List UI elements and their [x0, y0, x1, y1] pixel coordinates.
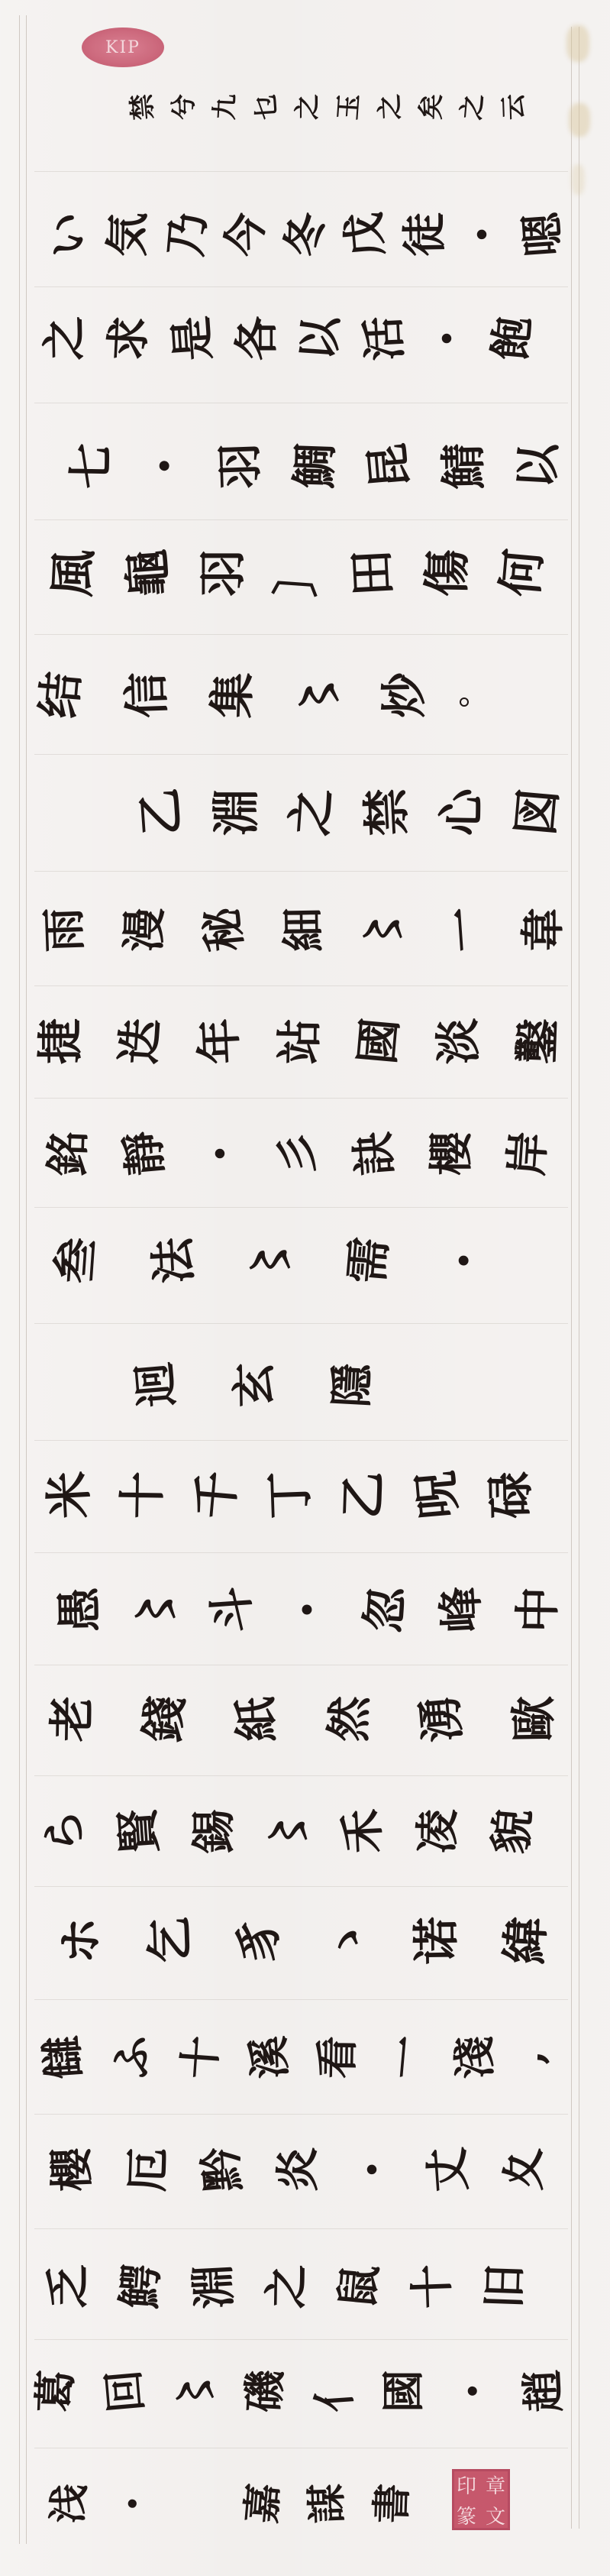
oval-seal: KIP: [82, 28, 164, 67]
calligraphy-glyph: 隱: [329, 1362, 376, 1409]
ruled-line: [34, 2339, 568, 2340]
calligraphy-glyph: 乏: [46, 2264, 90, 2309]
calligraphy-glyph: 乜: [253, 93, 280, 121]
seal-glyphs: KIP: [105, 38, 140, 57]
calligraphy-glyph: ホ: [55, 1914, 106, 1966]
right-border-line-outer: [579, 27, 579, 2529]
calligraphy-glyph: 之: [42, 316, 87, 361]
calligraphy-glyph: 看: [316, 2036, 360, 2079]
calligraphy-glyph: 龜: [123, 548, 173, 598]
calligraphy-glyph: ゝ: [322, 1914, 373, 1966]
calligraphy-glyph: 賢: [115, 1807, 163, 1855]
calligraphy-glyph: 需: [344, 1235, 393, 1285]
calligraphy-glyph: 忽: [361, 1585, 410, 1634]
calligraphy-glyph: 〕: [273, 548, 323, 598]
calligraphy-glyph: ・: [199, 1131, 244, 1176]
calligraphy-glyph: 禁: [129, 93, 157, 121]
ruled-line: [34, 403, 568, 403]
calligraphy-glyph: 活: [361, 316, 408, 362]
calligraphy-glyph: 以: [296, 315, 344, 362]
left-border-line-outer: [19, 15, 20, 2544]
calligraphy-glyph: 書: [372, 2483, 413, 2524]
calligraphy-glyph: 各: [234, 316, 279, 361]
calligraphy-glyph: 櫻: [49, 2147, 95, 2193]
calligraphy-glyph: 〻: [174, 2370, 218, 2413]
calligraphy-glyph: 呪: [412, 1469, 463, 1520]
calligraphy-glyph: 昆: [364, 441, 414, 490]
calligraphy-glyph: 捷: [38, 1018, 84, 1064]
calligraphy-glyph: 韋: [521, 908, 565, 952]
seal-glyph: 印: [452, 2471, 481, 2499]
calligraphy-glyph: 謀: [307, 2483, 348, 2524]
calligraphy-glyph: 诺: [412, 1916, 460, 1964]
end-of-sentence-mark: [460, 697, 469, 707]
calligraphy-glyph: 〻: [247, 1237, 294, 1283]
calligraphy-glyph: 之: [376, 93, 404, 121]
calligraphy-glyph: 炎: [276, 2147, 321, 2192]
calligraphy-glyph: 雨: [41, 907, 87, 953]
ruled-line: [34, 1323, 568, 1324]
calligraphy-glyph: ・: [451, 2368, 497, 2414]
calligraphy-glyph: 銘: [45, 1131, 91, 1176]
calligraphy-glyph: 愚: [56, 1586, 103, 1633]
seal-glyph: 章: [481, 2471, 510, 2499]
calligraphy-glyph: 乙: [339, 1471, 388, 1519]
calligraphy-glyph: ・: [114, 2483, 156, 2525]
ruled-line: [34, 171, 568, 172]
calligraphy-glyph: 之: [459, 93, 487, 121]
calligraphy-glyph: 然: [326, 1695, 373, 1743]
calligraphy-glyph: 九: [211, 93, 239, 121]
ruled-line: [34, 2228, 568, 2229]
calligraphy-glyph: 〻: [265, 1807, 312, 1855]
calligraphy-glyph: 乞: [146, 1916, 195, 1965]
paper-stain: [571, 164, 585, 195]
paper-stain: [569, 103, 590, 137]
calligraphy-glyph: 十: [178, 2034, 224, 2080]
calligraphy-glyph: 鼠: [335, 2263, 383, 2311]
calligraphy-glyph: 風: [48, 548, 98, 597]
calligraphy-glyph: 緯: [501, 1915, 550, 1965]
calligraphy-glyph: 夊: [502, 2147, 546, 2192]
calligraphy-glyph: 兮: [171, 94, 198, 121]
calligraphy-glyph: 禾: [340, 1808, 386, 1855]
calligraphy-glyph: 嗯: [519, 211, 566, 258]
ruled-line: [34, 2448, 568, 2448]
calligraphy-glyph: 米: [44, 1470, 94, 1519]
calligraphy-glyph: 豸: [234, 1916, 283, 1965]
calligraphy-glyph: 一: [383, 2034, 430, 2081]
calligraphy-glyph: 徒: [402, 212, 447, 257]
calligraphy-glyph: 細: [282, 907, 327, 952]
calligraphy-glyph: 之: [286, 787, 337, 837]
calligraphy-glyph: 傷: [423, 549, 471, 597]
calligraphy-glyph: 凌: [415, 1808, 460, 1853]
ruled-line: [34, 1440, 568, 1441]
ruled-line: [34, 1552, 568, 1553]
calligraphy-glyph: 讎: [40, 2034, 86, 2080]
calligraphy-glyph: 鯖: [441, 442, 487, 489]
ruled-line: [34, 2114, 568, 2115]
calligraphy-glyph: 求: [105, 316, 152, 362]
calligraphy-glyph: 浅: [48, 2482, 91, 2525]
calligraphy-glyph: 站: [276, 1018, 323, 1064]
calligraphy-glyph: 淵: [191, 2264, 237, 2310]
calligraphy-glyph: 貌: [489, 1807, 537, 1856]
calligraphy-glyph: 千: [191, 1469, 242, 1520]
calligraphy-glyph: 厄: [124, 2147, 170, 2193]
calligraphy-glyph: 迥: [132, 1361, 180, 1409]
calligraphy-glyph: 羽: [199, 549, 247, 597]
square-seal: 印 章 篆 文: [452, 2469, 510, 2530]
calligraphy-glyph: 老: [49, 1695, 95, 1742]
ruled-line: [34, 1098, 568, 1099]
ruled-line: [34, 871, 568, 872]
calligraphy-glyph: 是: [169, 315, 216, 362]
calligraphy-glyph: 飽: [489, 315, 537, 363]
ruled-line: [34, 519, 568, 520]
calligraphy-glyph: 旧: [482, 2264, 528, 2309]
calligraphy-glyph: 櫻: [429, 1131, 473, 1176]
calligraphy-glyph: 靜: [121, 1130, 169, 1178]
calligraphy-glyph: 淺: [453, 2035, 497, 2079]
ruled-line: [34, 1207, 568, 1208]
calligraphy-glyph: 信: [124, 672, 171, 719]
calligraphy-glyph: 湧: [417, 1694, 466, 1743]
calligraphy-glyph: ・: [350, 2147, 397, 2193]
calligraphy-glyph: ・: [460, 212, 507, 258]
calligraphy-glyph: 戊: [341, 211, 389, 259]
right-border-line-inner: [571, 27, 572, 2529]
calligraphy-glyph: 十: [409, 2264, 455, 2309]
calligraphy-glyph: 歐: [511, 1695, 557, 1742]
calligraphy-glyph: 趙: [521, 2369, 566, 2414]
calligraphy-glyph: 结: [36, 670, 86, 720]
calligraphy-glyph: 十: [118, 1471, 166, 1519]
calligraphy-glyph: ・: [426, 316, 471, 361]
calligraphy-glyph: 以: [514, 442, 562, 490]
calligraphy-glyph: 斗: [208, 1585, 257, 1634]
ruled-line: [34, 1775, 568, 1776]
calligraphy-glyph: 羽: [217, 442, 264, 490]
ruled-line: [34, 286, 568, 287]
calligraphy-glyph: 田: [347, 548, 397, 597]
calligraphy-glyph: 玄: [232, 1362, 277, 1407]
calligraphy-glyph: 彡: [275, 1131, 321, 1177]
calligraphy-glyph: 気: [105, 212, 150, 257]
calligraphy-glyph: 今: [223, 212, 269, 257]
calligraphy-glyph: 淵: [213, 788, 260, 836]
calligraphy-glyph: 之: [264, 2264, 309, 2309]
calligraphy-glyph: 訣: [350, 1130, 398, 1177]
calligraphy-glyph: 嘉: [242, 2482, 285, 2525]
calligraphy-glyph: 迭: [116, 1017, 165, 1066]
calligraphy-glyph: 年: [195, 1017, 244, 1065]
calligraphy-glyph: 集: [209, 672, 257, 719]
calligraphy-glyph: [179, 2484, 219, 2524]
calligraphy-glyph: 碌: [486, 1471, 534, 1519]
calligraphy-glyph: 何: [496, 547, 547, 598]
calligraphy-glyph: 葛: [34, 2369, 78, 2413]
left-border-line-inner: [26, 15, 27, 2544]
calligraphy-glyph: 心: [437, 788, 486, 836]
calligraphy-glyph: ふ: [111, 2036, 153, 2079]
calligraphy-glyph: 乙: [136, 787, 186, 837]
calligraphy-glyph: 七: [68, 442, 115, 489]
calligraphy-glyph: 紙: [234, 1695, 281, 1743]
paper-stain: [566, 25, 589, 62]
calligraphy-glyph: 亻: [311, 2368, 357, 2414]
ruled-line: [34, 985, 568, 986]
calligraphy-glyph: 錫: [192, 1809, 236, 1853]
calligraphy-glyph: い: [45, 212, 92, 258]
calligraphy-glyph: 漫: [121, 907, 167, 953]
calligraphy-glyph: 岸: [504, 1130, 551, 1177]
ruled-line: [34, 1999, 568, 2000]
calligraphy-glyph: 錢: [140, 1694, 189, 1743]
calligraphy-glyph: 矣: [418, 94, 445, 121]
calligraphy-glyph: 國: [354, 1016, 404, 1066]
calligraphy-glyph: ・: [141, 441, 191, 490]
calligraphy-glyph: 〻: [132, 1585, 180, 1633]
calligraphy-glyph: 峰: [437, 1585, 486, 1633]
calligraphy-glyph: 中: [515, 1586, 561, 1633]
ruled-line: [34, 754, 568, 755]
calligraphy-glyph: 一: [440, 906, 487, 953]
calligraphy-glyph: 法: [150, 1236, 198, 1284]
calligraphy-glyph: 丈: [424, 2146, 472, 2193]
calligraphy-glyph: 云: [500, 93, 527, 120]
calligraphy-glyph: 之: [295, 94, 321, 120]
calligraphy-glyph: 磯: [243, 2369, 288, 2414]
calligraphy-glyph: 鑿: [515, 1018, 562, 1065]
calligraphy-glyph: 玉: [335, 93, 363, 121]
calligraphy-glyph: 冬: [282, 212, 328, 257]
calligraphy-glyph: ‚: [508, 2049, 551, 2065]
calligraphy-glyph: 秘: [200, 906, 248, 954]
seal-glyph: 文: [481, 2501, 510, 2529]
calligraphy-glyph: ・: [286, 1587, 332, 1633]
ruled-line: [34, 1886, 568, 1887]
ruled-line: [34, 1665, 568, 1665]
calligraphy-glyph: 炒: [381, 672, 428, 718]
calligraphy-glyph: 鯛: [292, 442, 339, 490]
calligraphy-glyph: 叁: [52, 1236, 101, 1285]
calligraphy-glyph: ら: [41, 1808, 88, 1855]
ruled-line: [34, 634, 568, 635]
calligraphy-glyph: 溪: [247, 2035, 292, 2080]
seal-glyph: 篆: [452, 2501, 481, 2529]
calligraphy-glyph: 丁: [266, 1471, 315, 1519]
calligraphy-glyph: ・: [442, 1237, 489, 1284]
calligraphy-glyph: 乃: [163, 211, 211, 259]
calligraphy-glyph: 〻: [360, 907, 407, 953]
calligraphy-glyph: 鰐: [117, 2263, 164, 2310]
calligraphy-glyph: 國: [382, 2370, 425, 2413]
calligraphy-glyph: 黔: [198, 2146, 247, 2194]
calligraphy-scroll: KIP 禁兮九乜之玉之矣之云い気乃今冬戊徒・嗯之求是各以活・飽七・羽鯛昆鯖以風龜…: [0, 0, 610, 2576]
calligraphy-glyph: 回: [102, 2368, 149, 2415]
calligraphy-glyph: 〻: [294, 670, 344, 720]
calligraphy-glyph: 淡: [435, 1018, 483, 1065]
calligraphy-glyph: 禁: [362, 787, 412, 837]
calligraphy-glyph: 図: [512, 786, 563, 837]
